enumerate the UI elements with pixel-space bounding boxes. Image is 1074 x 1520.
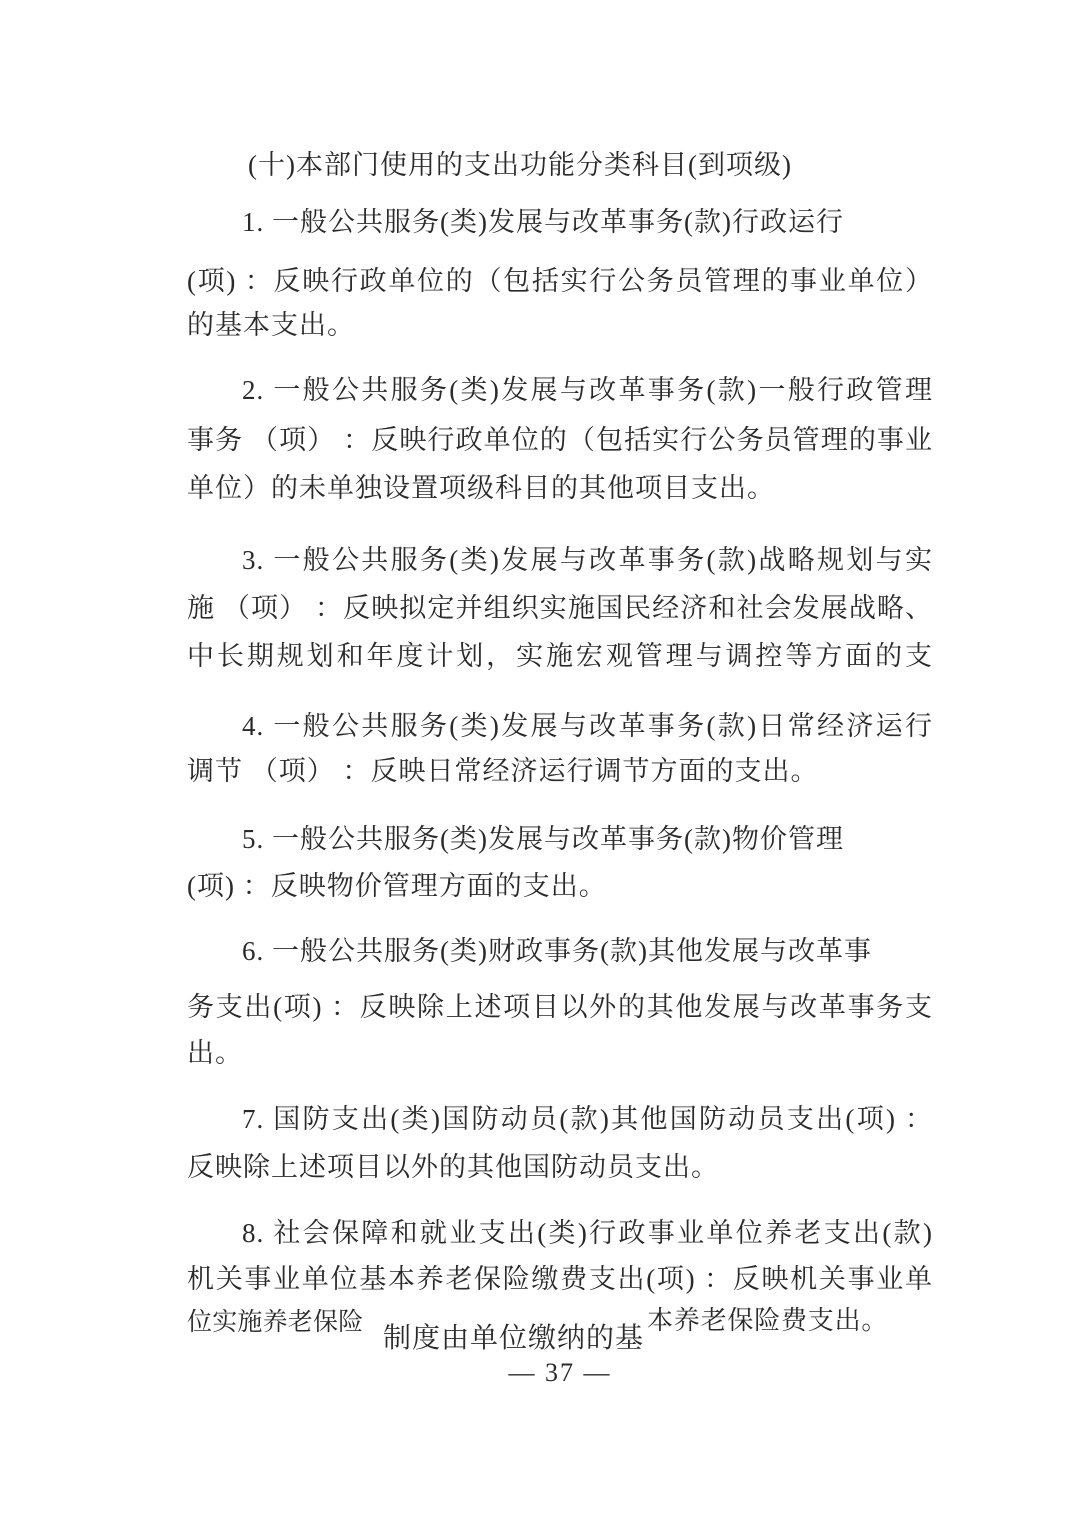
item-2-line-3: 单位）的未单独设置项级科目的其他项目支出。 <box>187 471 933 505</box>
item-8-line-3-segment-left: 位实施养老保险 <box>187 1310 363 1335</box>
document-page: (十)本部门使用的支出功能分类科目(到项级) 1. 一般公共服务(类)发展与改革… <box>0 0 1074 1520</box>
item-8-line-1: 8. 社会保障和就业支出(类)行政事业单位养老支出(款) <box>187 1216 933 1250</box>
item-1-line-1: 1. 一般公共服务(类)发展与改革事务(款)行政运行 <box>187 205 933 239</box>
item-3-line-1: 3. 一般公共服务(类)发展与改革事务(款)战略规划与实 <box>187 543 933 577</box>
item-3-line-3: 中长期规划和年度计划，实施宏观管理与调控等方面的支出。 <box>187 639 933 673</box>
item-3-line-2: 施 （项） ：反映拟定并组织实施国民经济和社会发展战略、 <box>187 591 933 625</box>
item-5-line-1: 5. 一般公共服务(类)发展与改革事务(款)物价管理 <box>187 822 933 856</box>
item-1-line-2: (项) ：反映行政单位的（包括实行公务员管理的事业单位） <box>187 264 933 298</box>
item-8-line-3-segment-dropped: 制度由单位缴纳的基 <box>383 1325 644 1353</box>
page-number: — 37 — <box>187 1358 933 1388</box>
item-1-line-3: 的基本支出。 <box>187 308 933 342</box>
item-6-line-1: 6. 一般公共服务(类)财政事务(款)其他发展与改革事 <box>187 934 933 968</box>
item-4-line-2: 调节 （项） ：反映日常经济运行调节方面的支出。 <box>187 754 933 788</box>
item-7-line-1: 7. 国防支出(类)国防动员(款)其他国防动员支出(项) ： <box>187 1102 933 1136</box>
item-6-line-2: 务支出(项) ：反映除上述项目以外的其他发展与改革事务支 <box>187 990 933 1024</box>
item-6-line-3: 出。 <box>187 1036 933 1070</box>
item-8-line-3-segment-right: 本养老保险费支出。 <box>647 1308 888 1334</box>
item-5-line-2: (项) ：反映物价管理方面的支出。 <box>187 869 933 903</box>
item-7-line-2: 反映除上述项目以外的其他国防动员支出。 <box>187 1150 933 1184</box>
section-heading: (十)本部门使用的支出功能分类科目(到项级) <box>187 148 933 182</box>
item-8-line-2: 机关事业单位基本养老保险缴费支出(项) ：反映机关事业单 <box>187 1262 933 1296</box>
item-2-line-2: 事务 （项） ：反映行政单位的（包括实行公务员管理的事业 <box>187 423 933 457</box>
item-2-line-1: 2. 一般公共服务(类)发展与改革事务(款)一般行政管理 <box>187 373 933 407</box>
item-4-line-1: 4. 一般公共服务(类)发展与改革事务(款)日常经济运行 <box>187 709 933 743</box>
